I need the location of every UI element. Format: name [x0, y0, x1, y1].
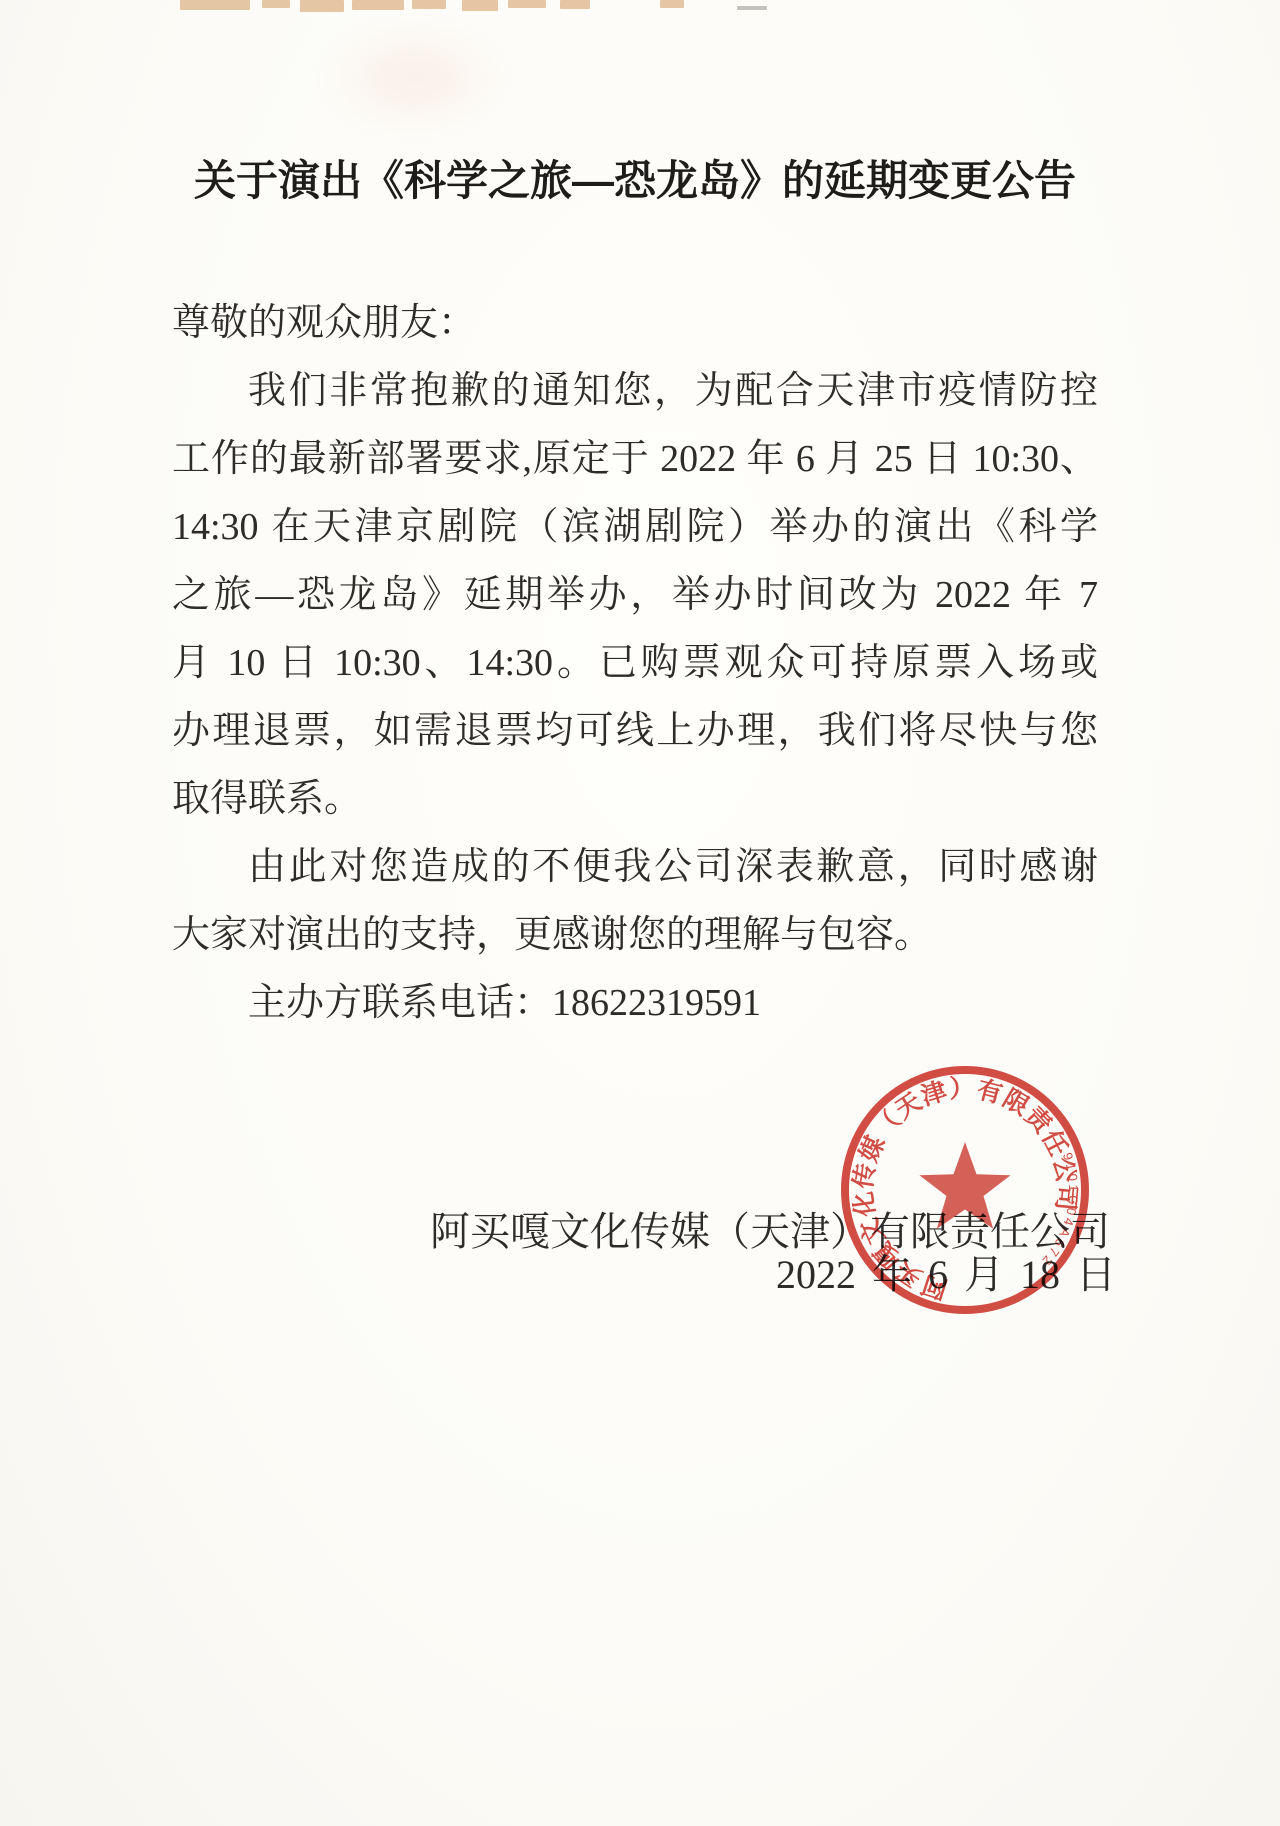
announcement-page: 关于演出《科学之旅—恐龙岛》的延期变更公告 尊敬的观众朋友： 我们非常抱歉的通知… [0, 0, 1280, 1826]
body-line: 之旅—恐龙岛》延期举办，举办时间改为 2022 年 7 [172, 561, 1098, 629]
scan-artifact [262, 0, 290, 8]
scan-artifact [560, 0, 590, 9]
scan-smudge [320, 18, 510, 138]
contact-phone-line: 主办方联系电话：18622319591 [172, 969, 1098, 1037]
company-seal: 阿买嘎文化传媒（天津）有限责任公司 9101C04A672 [832, 1057, 1098, 1323]
body-line: 大家对演出的支持，更感谢您的理解与包容。 [172, 901, 1098, 969]
body-line: 由此对您造成的不便我公司深表歉意，同时感谢 [172, 833, 1098, 901]
body-line: 月 10 日 10:30、14:30。已购票观众可持原票入场或 [172, 629, 1098, 697]
scan-artifact [462, 0, 498, 11]
document-body: 尊敬的观众朋友： 我们非常抱歉的通知您，为配合天津市疫情防控 工作的最新部署要求… [172, 289, 1098, 1037]
scan-artifact [508, 0, 546, 8]
scan-artifact [180, 0, 250, 10]
body-line: 工作的最新部署要求,原定于 2022 年 6 月 25 日 10:30、 [172, 425, 1098, 493]
body-line: 取得联系。 [172, 765, 1098, 833]
scan-artifact [660, 0, 684, 8]
body-line: 我们非常抱歉的通知您，为配合天津市疫情防控 [172, 357, 1098, 425]
seal-star [919, 1142, 1010, 1229]
body-line: 14:30 在天津京剧院（滨湖剧院）举办的演出《科学 [172, 493, 1098, 561]
scan-artifact [352, 0, 404, 10]
scan-artifact [737, 6, 767, 10]
scan-artifact [412, 0, 446, 9]
scan-artifact [300, 0, 344, 12]
salutation: 尊敬的观众朋友： [172, 289, 1098, 357]
page-title: 关于演出《科学之旅—恐龙岛》的延期变更公告 [5, 156, 1265, 206]
body-line: 办理退票，如需退票均可线上办理，我们将尽快与您 [172, 697, 1098, 765]
